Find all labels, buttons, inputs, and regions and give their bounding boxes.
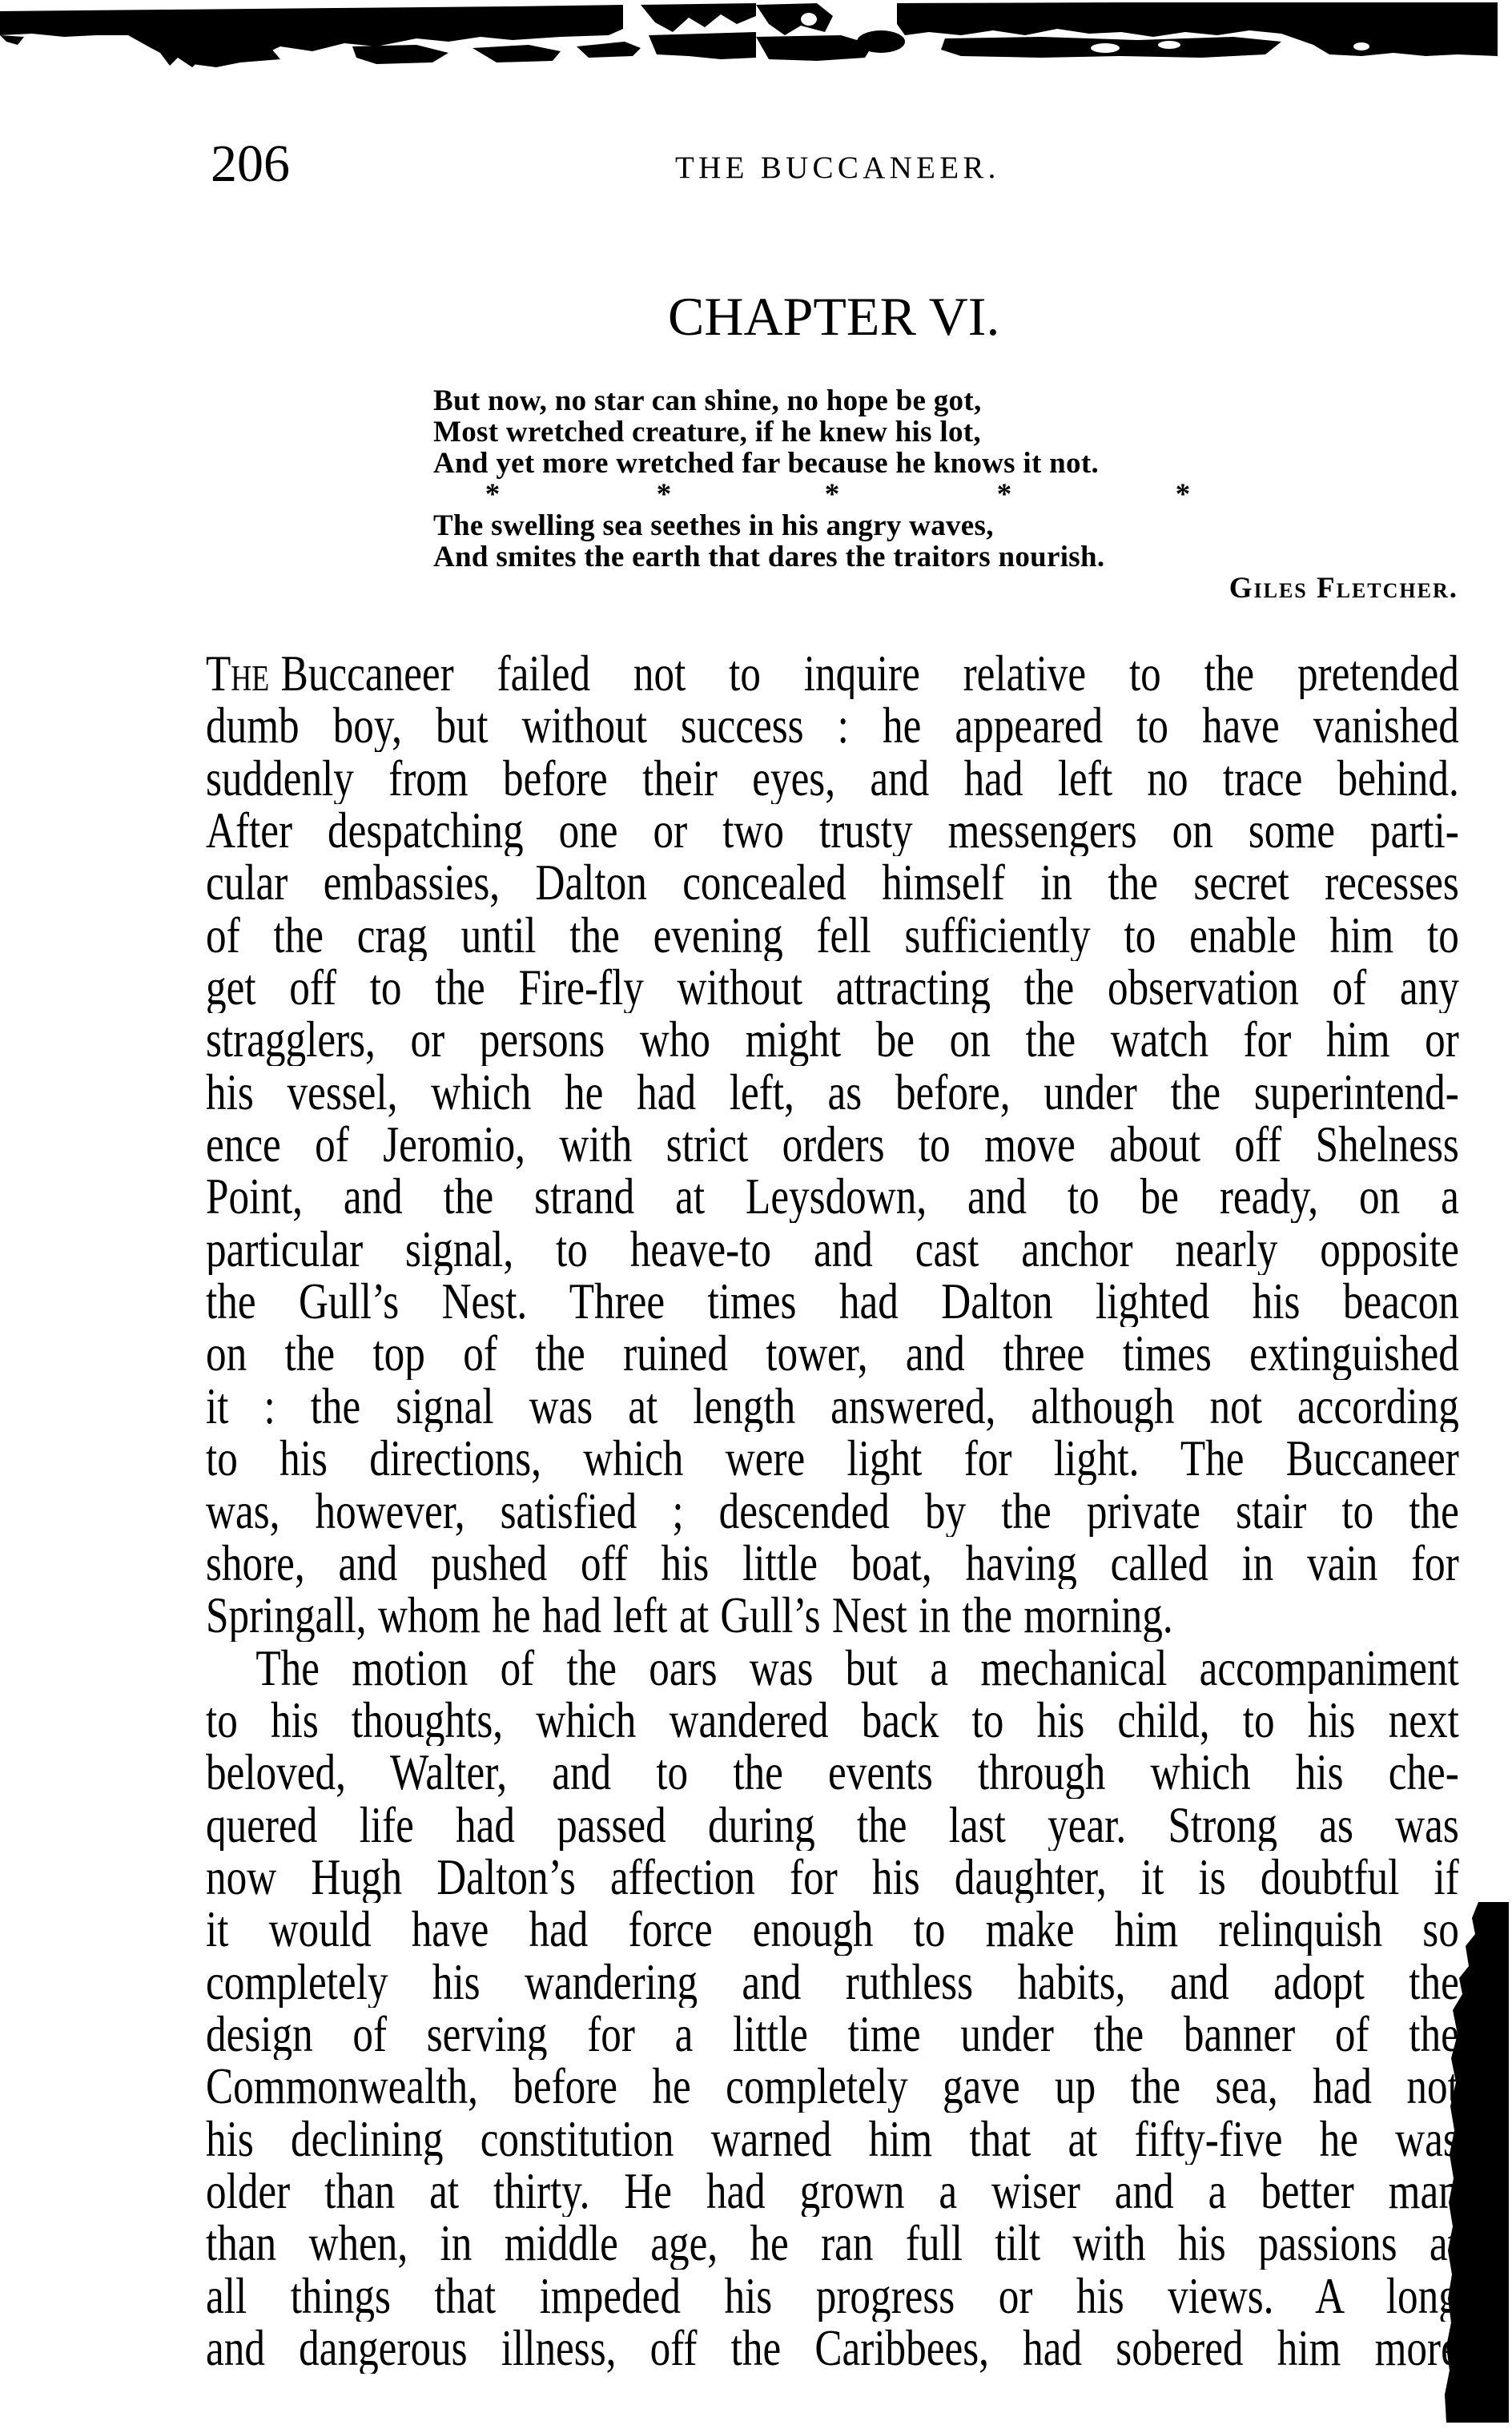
opening-word: The xyxy=(206,647,269,699)
text-line: to his thoughts, which wandered back to … xyxy=(206,1694,1459,1746)
text-line: to his directions, which were light for … xyxy=(206,1432,1459,1484)
text-line: Point, and the strand at Leysdown, and t… xyxy=(206,1170,1459,1222)
text-line: dumb boy, but without success : he appea… xyxy=(206,699,1459,751)
text-line: of the crag until the evening fell suffi… xyxy=(206,909,1459,961)
text-line: TheBuccaneer failed not to inquire relat… xyxy=(206,647,1459,699)
text-line-paragraph-end: Springall, whom he had left at Gull’s Ne… xyxy=(206,1589,1459,1641)
scan-edge-top xyxy=(0,0,1512,74)
text-line: quered life had passed during the last y… xyxy=(206,1799,1459,1851)
asterisk-icon: * xyxy=(483,479,502,510)
epigraph-attribution: Giles Fletcher. xyxy=(433,573,1466,604)
text-line: on the top of the ruined tower, and thre… xyxy=(206,1327,1459,1379)
text-line: completely his wandering and ruthless ha… xyxy=(206,1956,1459,2008)
asterisk-icon: * xyxy=(995,479,1014,510)
text-line: particular signal, to heave-to and cast … xyxy=(206,1223,1459,1275)
text-line: now Hugh Dalton’s affection for his daug… xyxy=(206,1851,1459,1903)
body-text: TheBuccaneer failed not to inquire relat… xyxy=(206,647,1459,2374)
asterisk-icon: * xyxy=(1173,479,1192,510)
text-line: was, however, satisfied ; descended by t… xyxy=(206,1485,1459,1537)
running-head: THE BUCCANEER. xyxy=(675,152,1000,183)
text-line: cular embassies, Dalton concealed himsel… xyxy=(206,856,1459,908)
text-line: design of serving for a little time unde… xyxy=(206,2008,1459,2060)
asterisk-icon: * xyxy=(654,479,674,510)
text-line: After despatching one or two trusty mess… xyxy=(206,804,1459,856)
text-line: ence of Jeromio, with strict orders to m… xyxy=(206,1118,1459,1170)
epigraph-line: The swelling sea seethes in his angry wa… xyxy=(433,510,1466,541)
text-line: suddenly from before their eyes, and had… xyxy=(206,752,1459,804)
text-line: older than at thirty. He had grown a wis… xyxy=(206,2165,1459,2217)
epigraph-line: But now, no star can shine, no hope be g… xyxy=(433,385,1466,416)
text-line-content: Buccaneer failed not to inquire relative… xyxy=(281,647,1459,699)
text-line: get off to the Fire-fly without attracti… xyxy=(206,961,1459,1013)
text-line: beloved, Walter, and to the events throu… xyxy=(206,1746,1459,1798)
text-line: it : the signal was at length answered, … xyxy=(206,1380,1459,1432)
text-line: it would have had force enough to make h… xyxy=(206,1903,1459,1955)
page-number: 206 xyxy=(211,138,290,191)
epigraph-line: And yet more wretched far because he kno… xyxy=(433,448,1466,479)
asterisk-icon: * xyxy=(822,479,842,510)
text-line-paragraph-start: The motion of the oars was but a mechani… xyxy=(206,1642,1459,1694)
text-line: Commonwealth, before he completely gave … xyxy=(206,2060,1459,2112)
text-line: his declining constitution warned him th… xyxy=(206,2113,1459,2165)
text-line: and dangerous illness, off the Caribbees… xyxy=(206,2322,1459,2374)
epigraph-line: Most wretched creature, if he knew his l… xyxy=(433,416,1466,448)
text-line: than when, in middle age, he ran full ti… xyxy=(206,2217,1459,2269)
text-line: the Gull’s Nest. Three times had Dalton … xyxy=(206,1275,1459,1327)
epigraph-line: And smites the earth that dares the trai… xyxy=(433,541,1466,573)
text-line: shore, and pushed off his little boat, h… xyxy=(206,1537,1459,1589)
text-line: stragglers, or persons who might be on t… xyxy=(206,1013,1459,1065)
text-line: all things that impeded his progress or … xyxy=(206,2270,1459,2322)
text-line: his vessel, which he had left, as before… xyxy=(206,1066,1459,1118)
chapter-title: CHAPTER VI. xyxy=(668,289,1004,344)
epigraph-separator: * * * * * xyxy=(433,479,1466,510)
epigraph: But now, no star can shine, no hope be g… xyxy=(433,385,1466,604)
